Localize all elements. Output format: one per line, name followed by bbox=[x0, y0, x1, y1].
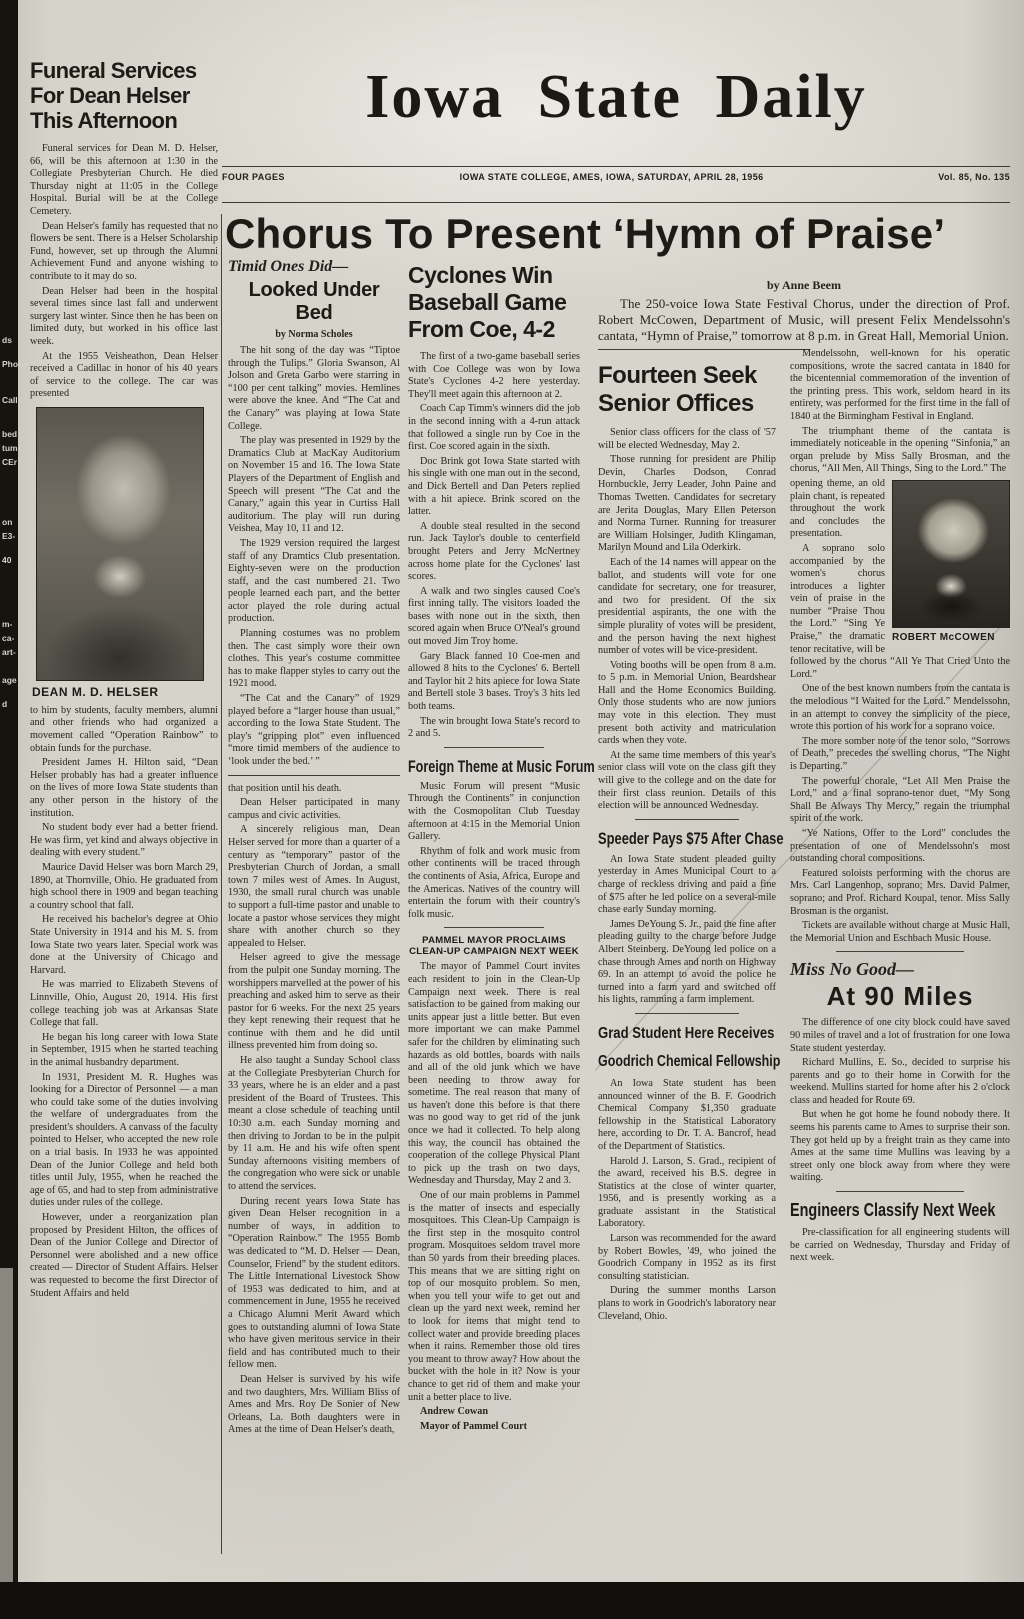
article-paragraph: The play was presented in 1929 by the Dr… bbox=[228, 435, 400, 536]
article-headline-speeder: Speeder Pays $75 After Chase bbox=[598, 827, 776, 849]
article-paragraph: President James H. Hilton said, “Dean He… bbox=[30, 757, 218, 820]
photo-caption: ROBERT McCOWEN bbox=[892, 632, 1010, 643]
article-paragraph: The hit song of the day was “Tiptoe thro… bbox=[228, 345, 400, 433]
article-funeral-services: Funeral Services For Dean Helser This Af… bbox=[30, 58, 218, 1302]
pammel-header-line2: CLEAN-UP CAMPAIGN NEXT WEEK bbox=[408, 946, 580, 957]
article-headline-engineers: Engineers Classify Next Week bbox=[790, 1199, 1010, 1221]
article-paragraph: The win brought Iowa State's record to 2… bbox=[408, 716, 580, 741]
article-paragraph: A walk and two singles caused Coe's firs… bbox=[408, 586, 580, 649]
dateline-row: FOUR PAGES IOWA STATE COLLEGE, AMES, IOW… bbox=[222, 172, 1010, 182]
headline-text: Engineers Classify Next Week bbox=[790, 1200, 995, 1221]
column-three: Cyclones Win Baseball Game From Coe, 4-2… bbox=[408, 262, 580, 1435]
article-paragraph: A double steal resulted in the second ru… bbox=[408, 521, 580, 584]
article-headline-senior-line1: Fourteen Seek bbox=[598, 362, 776, 390]
article-paragraph: The mayor of Pammel Court invites each r… bbox=[408, 961, 580, 1188]
article-paragraph: The powerful chorale, “Let All Men Prais… bbox=[790, 776, 1010, 826]
volume-number: Vol. 85, No. 135 bbox=[938, 172, 1010, 182]
article-paragraph: Doc Brink got Iowa State started with hi… bbox=[408, 456, 580, 519]
article-paragraph: to him by students, faculty members, alu… bbox=[30, 705, 218, 755]
article-paragraph: Dean Helser's family has requested that … bbox=[30, 221, 218, 284]
edge-text-fragment: bed bbox=[2, 430, 17, 439]
article-paragraph: Larson was recommended for the award by … bbox=[598, 1233, 776, 1283]
article-paragraph: Voting booths will be open from 8 a.m. t… bbox=[598, 660, 776, 748]
edge-text-fragment: on bbox=[2, 518, 12, 527]
article-paragraph: Harold J. Larson, S. Grad., recipient of… bbox=[598, 1156, 776, 1232]
section-divider bbox=[635, 819, 738, 820]
pages-label: FOUR PAGES bbox=[222, 172, 285, 182]
signature-title: Mayor of Pammel Court bbox=[408, 1421, 580, 1434]
edge-text-fragment: age bbox=[2, 676, 17, 685]
article-paragraph: During recent years Iowa State has given… bbox=[228, 1196, 400, 1372]
article-headline-senior-line2: Senior Offices bbox=[598, 390, 776, 418]
article-headline-cyclones: Cyclones Win Baseball Game From Coe, 4-2 bbox=[408, 262, 580, 343]
article-paragraph: Dean Helser is survived by his wife and … bbox=[228, 1374, 400, 1437]
article-paragraph: Mendelssohn, well-known for his operatic… bbox=[790, 348, 1010, 424]
article-paragraph: The first of a two-game baseball series … bbox=[408, 351, 580, 401]
article-paragraph: An Iowa State student has been announced… bbox=[598, 1078, 776, 1154]
photo-caption: DEAN M. D. HELSER bbox=[32, 685, 218, 699]
dateline: IOWA STATE COLLEGE, AMES, IOWA, SATURDAY… bbox=[460, 172, 764, 182]
article-paragraph: He began his long career with Iowa State… bbox=[30, 1032, 218, 1070]
article-paragraph: In 1931, President M. R. Hughes was look… bbox=[30, 1072, 218, 1211]
article-paragraph: Featured soloists performing with the ch… bbox=[790, 868, 1010, 918]
column-rule bbox=[221, 214, 222, 1554]
article-paragraph: “Ye Nations, Offer to the Lord” conclude… bbox=[790, 828, 1010, 866]
article-paragraph: Funeral services for Dean M. D. Helser, … bbox=[30, 143, 218, 219]
article-paragraph: Each of the 14 names will appear on the … bbox=[598, 557, 776, 658]
photo-block-mccowen: ROBERT McCOWEN bbox=[892, 480, 1010, 643]
newspaper-page: ds Phone Call bed tum- CEr on E3- 40 m- … bbox=[0, 0, 1024, 1619]
article-paragraph: Dean Helser participated in many campus … bbox=[228, 797, 400, 822]
article-headline-music-forum: Foreign Theme at Music Forum bbox=[408, 755, 580, 777]
section-divider bbox=[228, 775, 400, 776]
article-paragraph: Richard Mullins, E. So., decided to surp… bbox=[790, 1057, 1010, 1107]
article-paragraph: One of our main problems in Pammel is th… bbox=[408, 1190, 580, 1404]
article-headline: Funeral Services For Dean Helser This Af… bbox=[30, 58, 218, 133]
article-paragraph: Music Forum will present “Music Through … bbox=[408, 781, 580, 844]
article-paragraph: The 1929 version required the largest st… bbox=[228, 538, 400, 626]
lead-byline: by Anne Beem bbox=[598, 278, 1010, 293]
column-five: Mendelssohn, well-known for his operatic… bbox=[790, 348, 1010, 1267]
article-looked-under-bed: Timid Ones Did— Looked Under Bed by Norm… bbox=[228, 258, 400, 1439]
article-paragraph: However, under a reorganization plan pro… bbox=[30, 1212, 218, 1300]
article-paragraph: Rhythm of folk and work music from other… bbox=[408, 846, 580, 922]
masthead-rule-bottom bbox=[222, 202, 1010, 203]
article-paragraph: Tickets are available without charge at … bbox=[790, 920, 1010, 945]
article-paragraph: At the same time members of this year's … bbox=[598, 750, 776, 813]
edge-text-fragment: E3- bbox=[2, 532, 15, 541]
article-paragraph: Coach Cap Timm's winners did the job in … bbox=[408, 403, 580, 453]
article-headline-goodrich-line1: Grad Student Here Receives bbox=[598, 1021, 776, 1043]
edge-text-fragment: m- bbox=[2, 620, 12, 629]
lead-paragraph: The 250-voice Iowa State Festival Chorus… bbox=[598, 296, 1010, 344]
article-paragraph: “The Cat and the Canary” of 1929 played … bbox=[228, 693, 400, 769]
article-paragraph: An Iowa State student pleaded guilty yes… bbox=[598, 854, 776, 917]
article-paragraph: Planning costumes was no problem then. T… bbox=[228, 628, 400, 691]
article-paragraph: The triumphant theme of the cantata is i… bbox=[790, 426, 1010, 476]
photo-dean-helser bbox=[36, 407, 204, 681]
edge-text-fragment: tum- bbox=[2, 444, 20, 453]
article-paragraph: But when he got home he found nobody the… bbox=[790, 1109, 1010, 1185]
edge-text-fragment: Phone bbox=[2, 360, 28, 369]
article-headline: Looked Under Bed bbox=[228, 279, 400, 325]
headline-text: Foreign Theme at Music Forum bbox=[408, 757, 595, 777]
article-paragraph: that position until his death. bbox=[228, 783, 400, 796]
lead-rule bbox=[598, 349, 810, 350]
article-headline-goodrich-line2: Goodrich Chemical Fellowship bbox=[598, 1049, 776, 1071]
article-paragraph: He received his bachelor's degree at Ohi… bbox=[30, 914, 218, 977]
article-kicker: Miss No Good— bbox=[790, 959, 1010, 980]
edge-text-fragment: Call bbox=[2, 396, 18, 405]
article-paragraph: James DeYoung S. Jr., paid the fine afte… bbox=[598, 919, 776, 1007]
masthead-rule-top bbox=[222, 166, 1010, 167]
section-divider bbox=[444, 747, 544, 748]
article-paragraph: Senior class officers for the class of '… bbox=[598, 427, 776, 452]
newspaper-title: Iowa State Daily bbox=[222, 62, 1010, 133]
article-paragraph: Helser agreed to give the message from t… bbox=[228, 952, 400, 1053]
headline-text: Goodrich Chemical Fellowship bbox=[598, 1053, 780, 1071]
section-divider bbox=[635, 1013, 738, 1014]
column-four: Fourteen Seek Senior Offices Senior clas… bbox=[598, 362, 776, 1325]
section-divider bbox=[836, 951, 964, 952]
article-paragraph: The difference of one city block could h… bbox=[790, 1017, 1010, 1055]
article-headline-90-miles: At 90 Miles bbox=[790, 982, 1010, 1010]
scan-bottom-edge bbox=[0, 1582, 1024, 1619]
headline-text: Grad Student Here Receives bbox=[598, 1025, 774, 1043]
pammel-header-line1: PAMMEL MAYOR PROCLAIMS bbox=[408, 935, 580, 946]
headline-text: Speeder Pays $75 After Chase bbox=[598, 829, 784, 849]
photo-robert-mccowen bbox=[892, 480, 1010, 628]
article-paragraph: Those running for president are Philip D… bbox=[598, 454, 776, 555]
article-paragraph: A sincerely religious man, Dean Helser s… bbox=[228, 824, 400, 950]
article-paragraph: He also taught a Sunday School class at … bbox=[228, 1055, 400, 1194]
lead-headline: Chorus To Present ‘Hymn of Praise’ bbox=[225, 210, 1015, 258]
article-paragraph: Dean Helser had been in the hospital sev… bbox=[30, 286, 218, 349]
article-byline: by Norma Scholes bbox=[228, 329, 400, 340]
article-paragraph: At the 1955 Veisheathon, Dean Helser rec… bbox=[30, 351, 218, 401]
edge-text-fragment: d bbox=[2, 700, 7, 709]
article-paragraph: He was married to Elizabeth Stevens of L… bbox=[30, 979, 218, 1029]
edge-text-fragment: CEr bbox=[2, 458, 17, 467]
signature-name: Andrew Cowan bbox=[408, 1406, 580, 1419]
section-divider bbox=[444, 927, 544, 928]
edge-text-fragment: ca- bbox=[2, 634, 14, 643]
edge-text-fragment: art- bbox=[2, 648, 16, 657]
edge-text-fragment: ds bbox=[2, 336, 12, 345]
article-paragraph: The more somber note of the tenor solo, … bbox=[790, 736, 1010, 774]
article-paragraph: One of the best known numbers from the c… bbox=[790, 683, 1010, 733]
article-paragraph: During the summer months Larson plans to… bbox=[598, 1285, 776, 1323]
article-kicker: Timid Ones Did— bbox=[228, 258, 400, 276]
article-paragraph: No student body ever had a better friend… bbox=[30, 822, 218, 860]
edge-text-fragment: 40 bbox=[2, 556, 11, 565]
lead-story-intro: by Anne Beem The 250-voice Iowa State Fe… bbox=[598, 278, 1010, 350]
article-paragraph: Gary Black fanned 10 Coe-men and allowed… bbox=[408, 651, 580, 714]
scan-left-edge-paper bbox=[0, 1268, 13, 1619]
article-paragraph: Maurice David Helser was born March 29, … bbox=[30, 862, 218, 912]
article-paragraph: Pre-classification for all engineering s… bbox=[790, 1227, 1010, 1265]
section-divider bbox=[836, 1191, 964, 1192]
